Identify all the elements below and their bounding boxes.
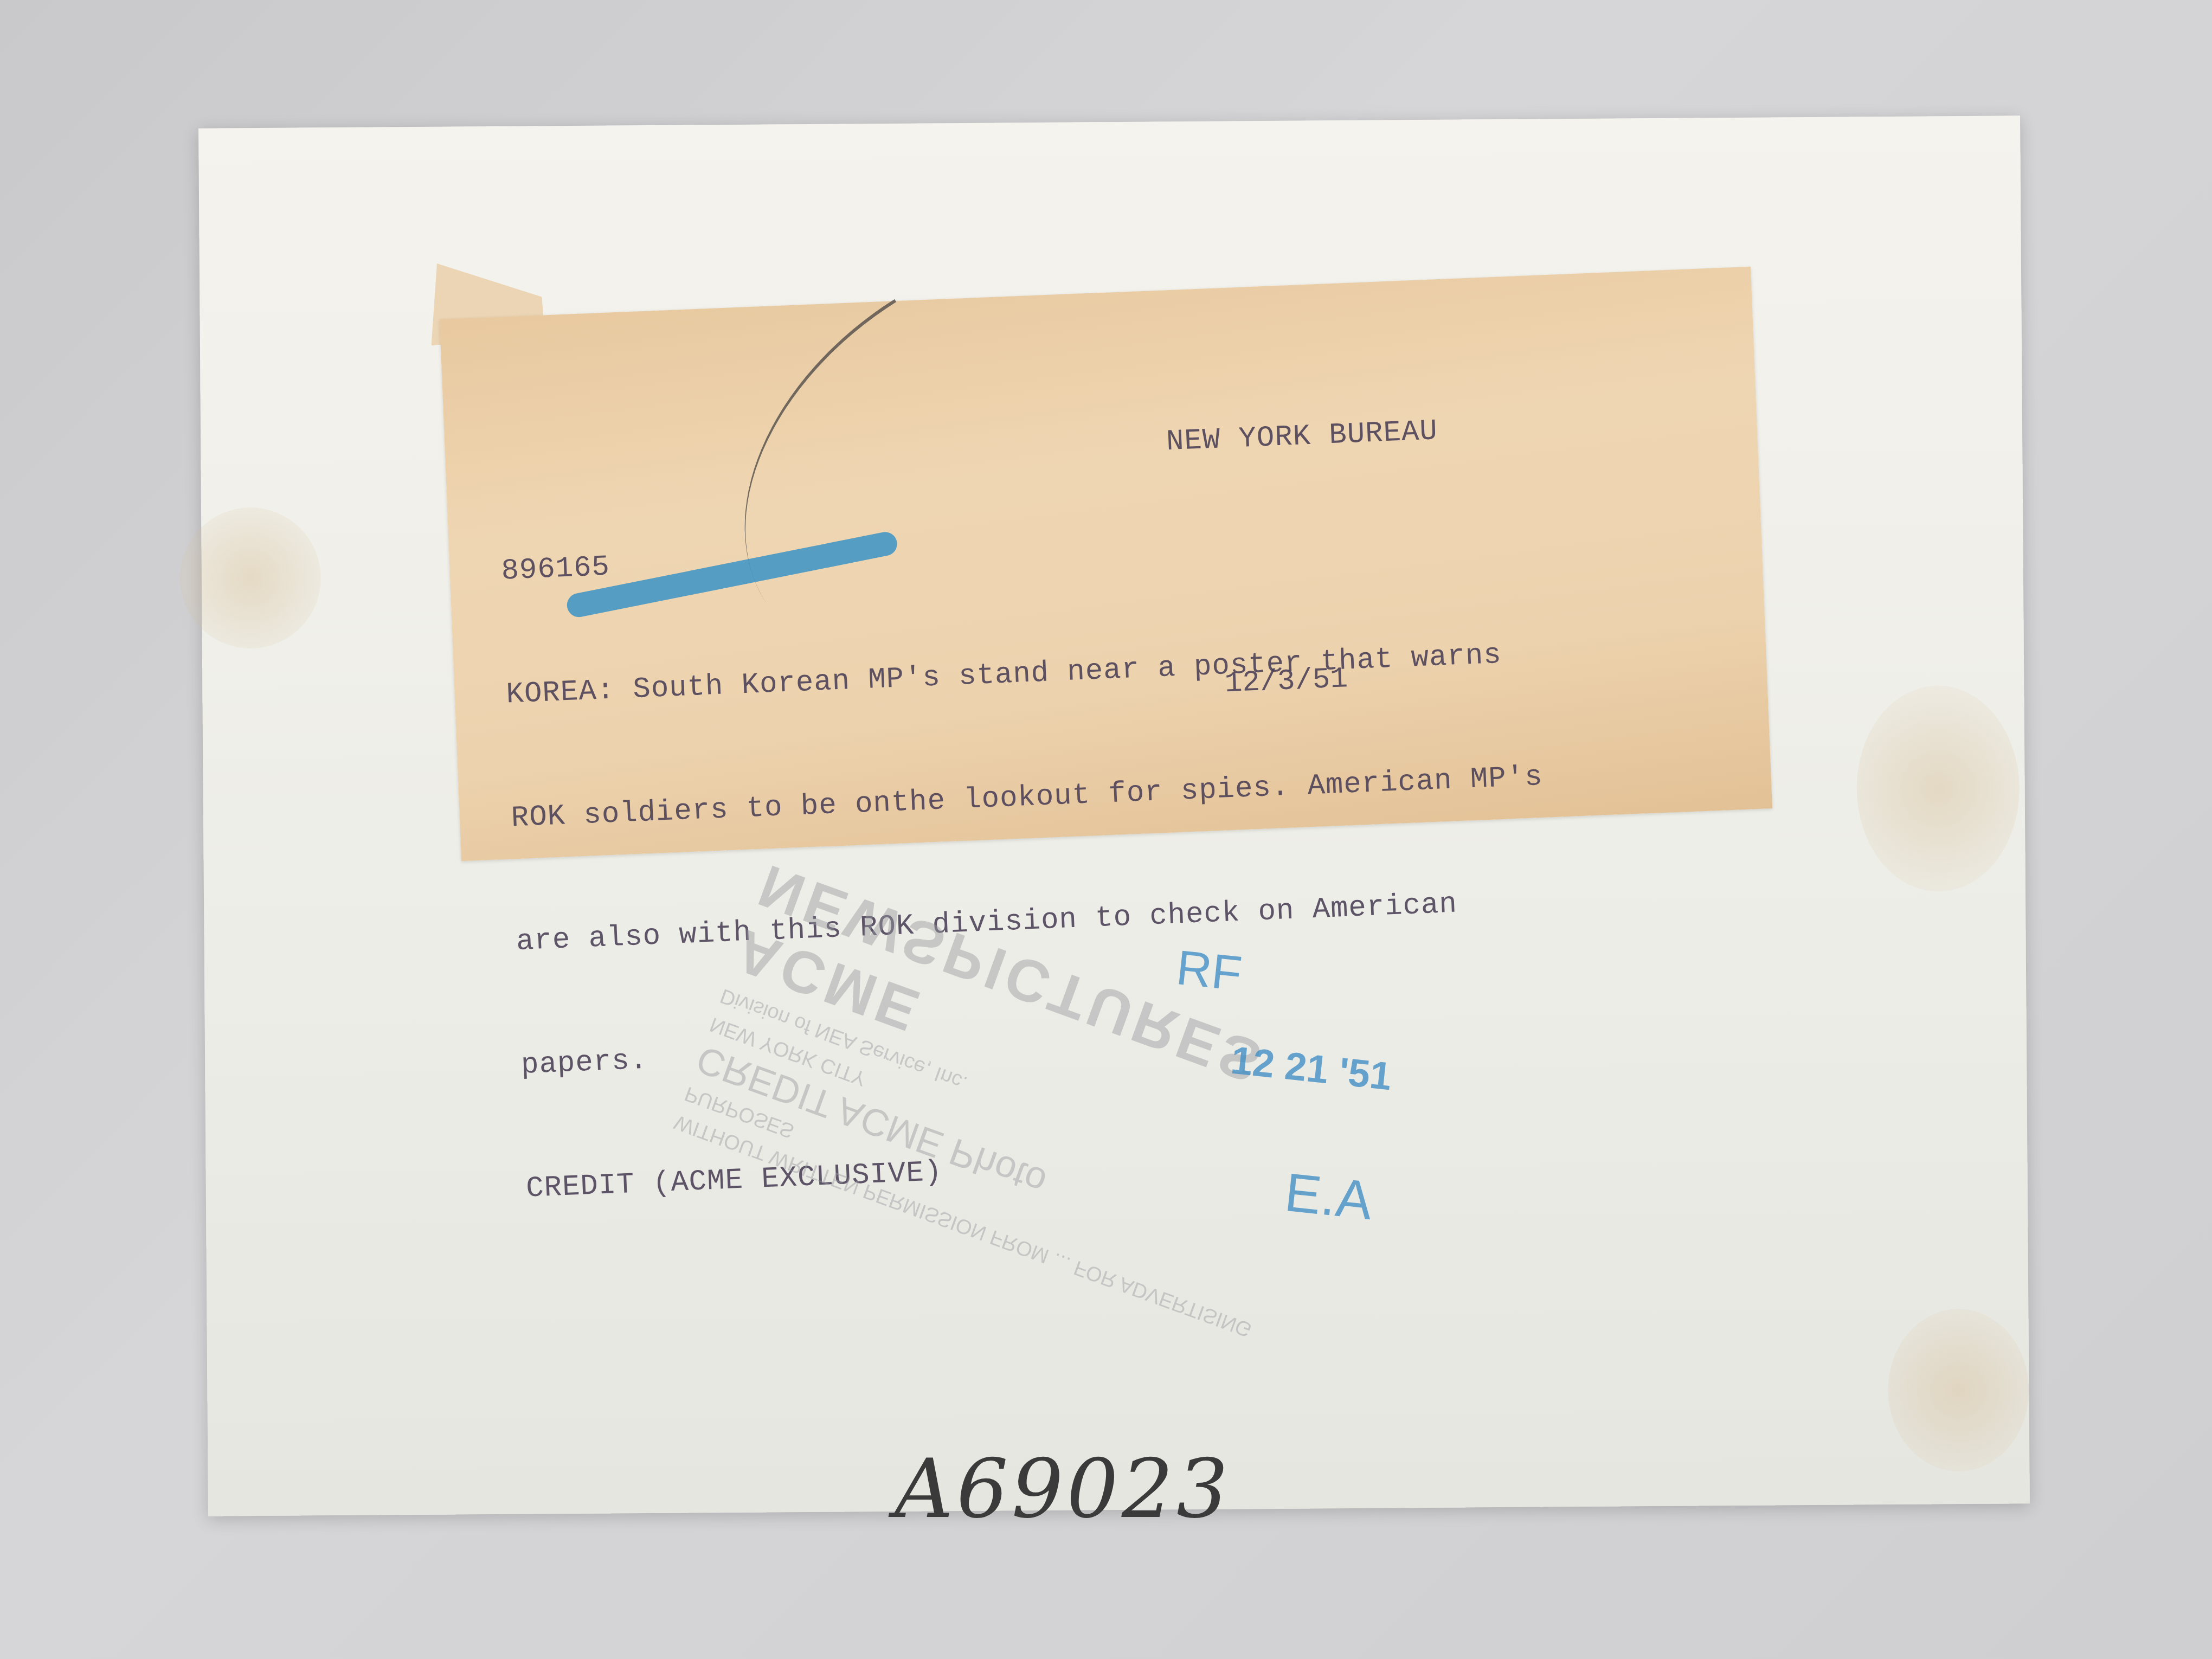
caption-line: KOREA: South Korean MP's stand near a po… — [505, 633, 1539, 716]
foxing-stain — [1856, 685, 2020, 892]
blue-code-stamp: RF — [1174, 940, 1244, 1002]
foxing-stain — [1887, 1308, 2029, 1472]
foxing-stain — [179, 507, 321, 649]
handwritten-id: A69023 — [895, 1442, 1232, 1536]
caption-date: 12/3/51 — [1224, 663, 1348, 700]
blue-initials-stamp: E.A — [1282, 1161, 1375, 1232]
caption-slip: NEW YORK BUREAU 896165 KOREA: South Kore… — [440, 267, 1772, 861]
